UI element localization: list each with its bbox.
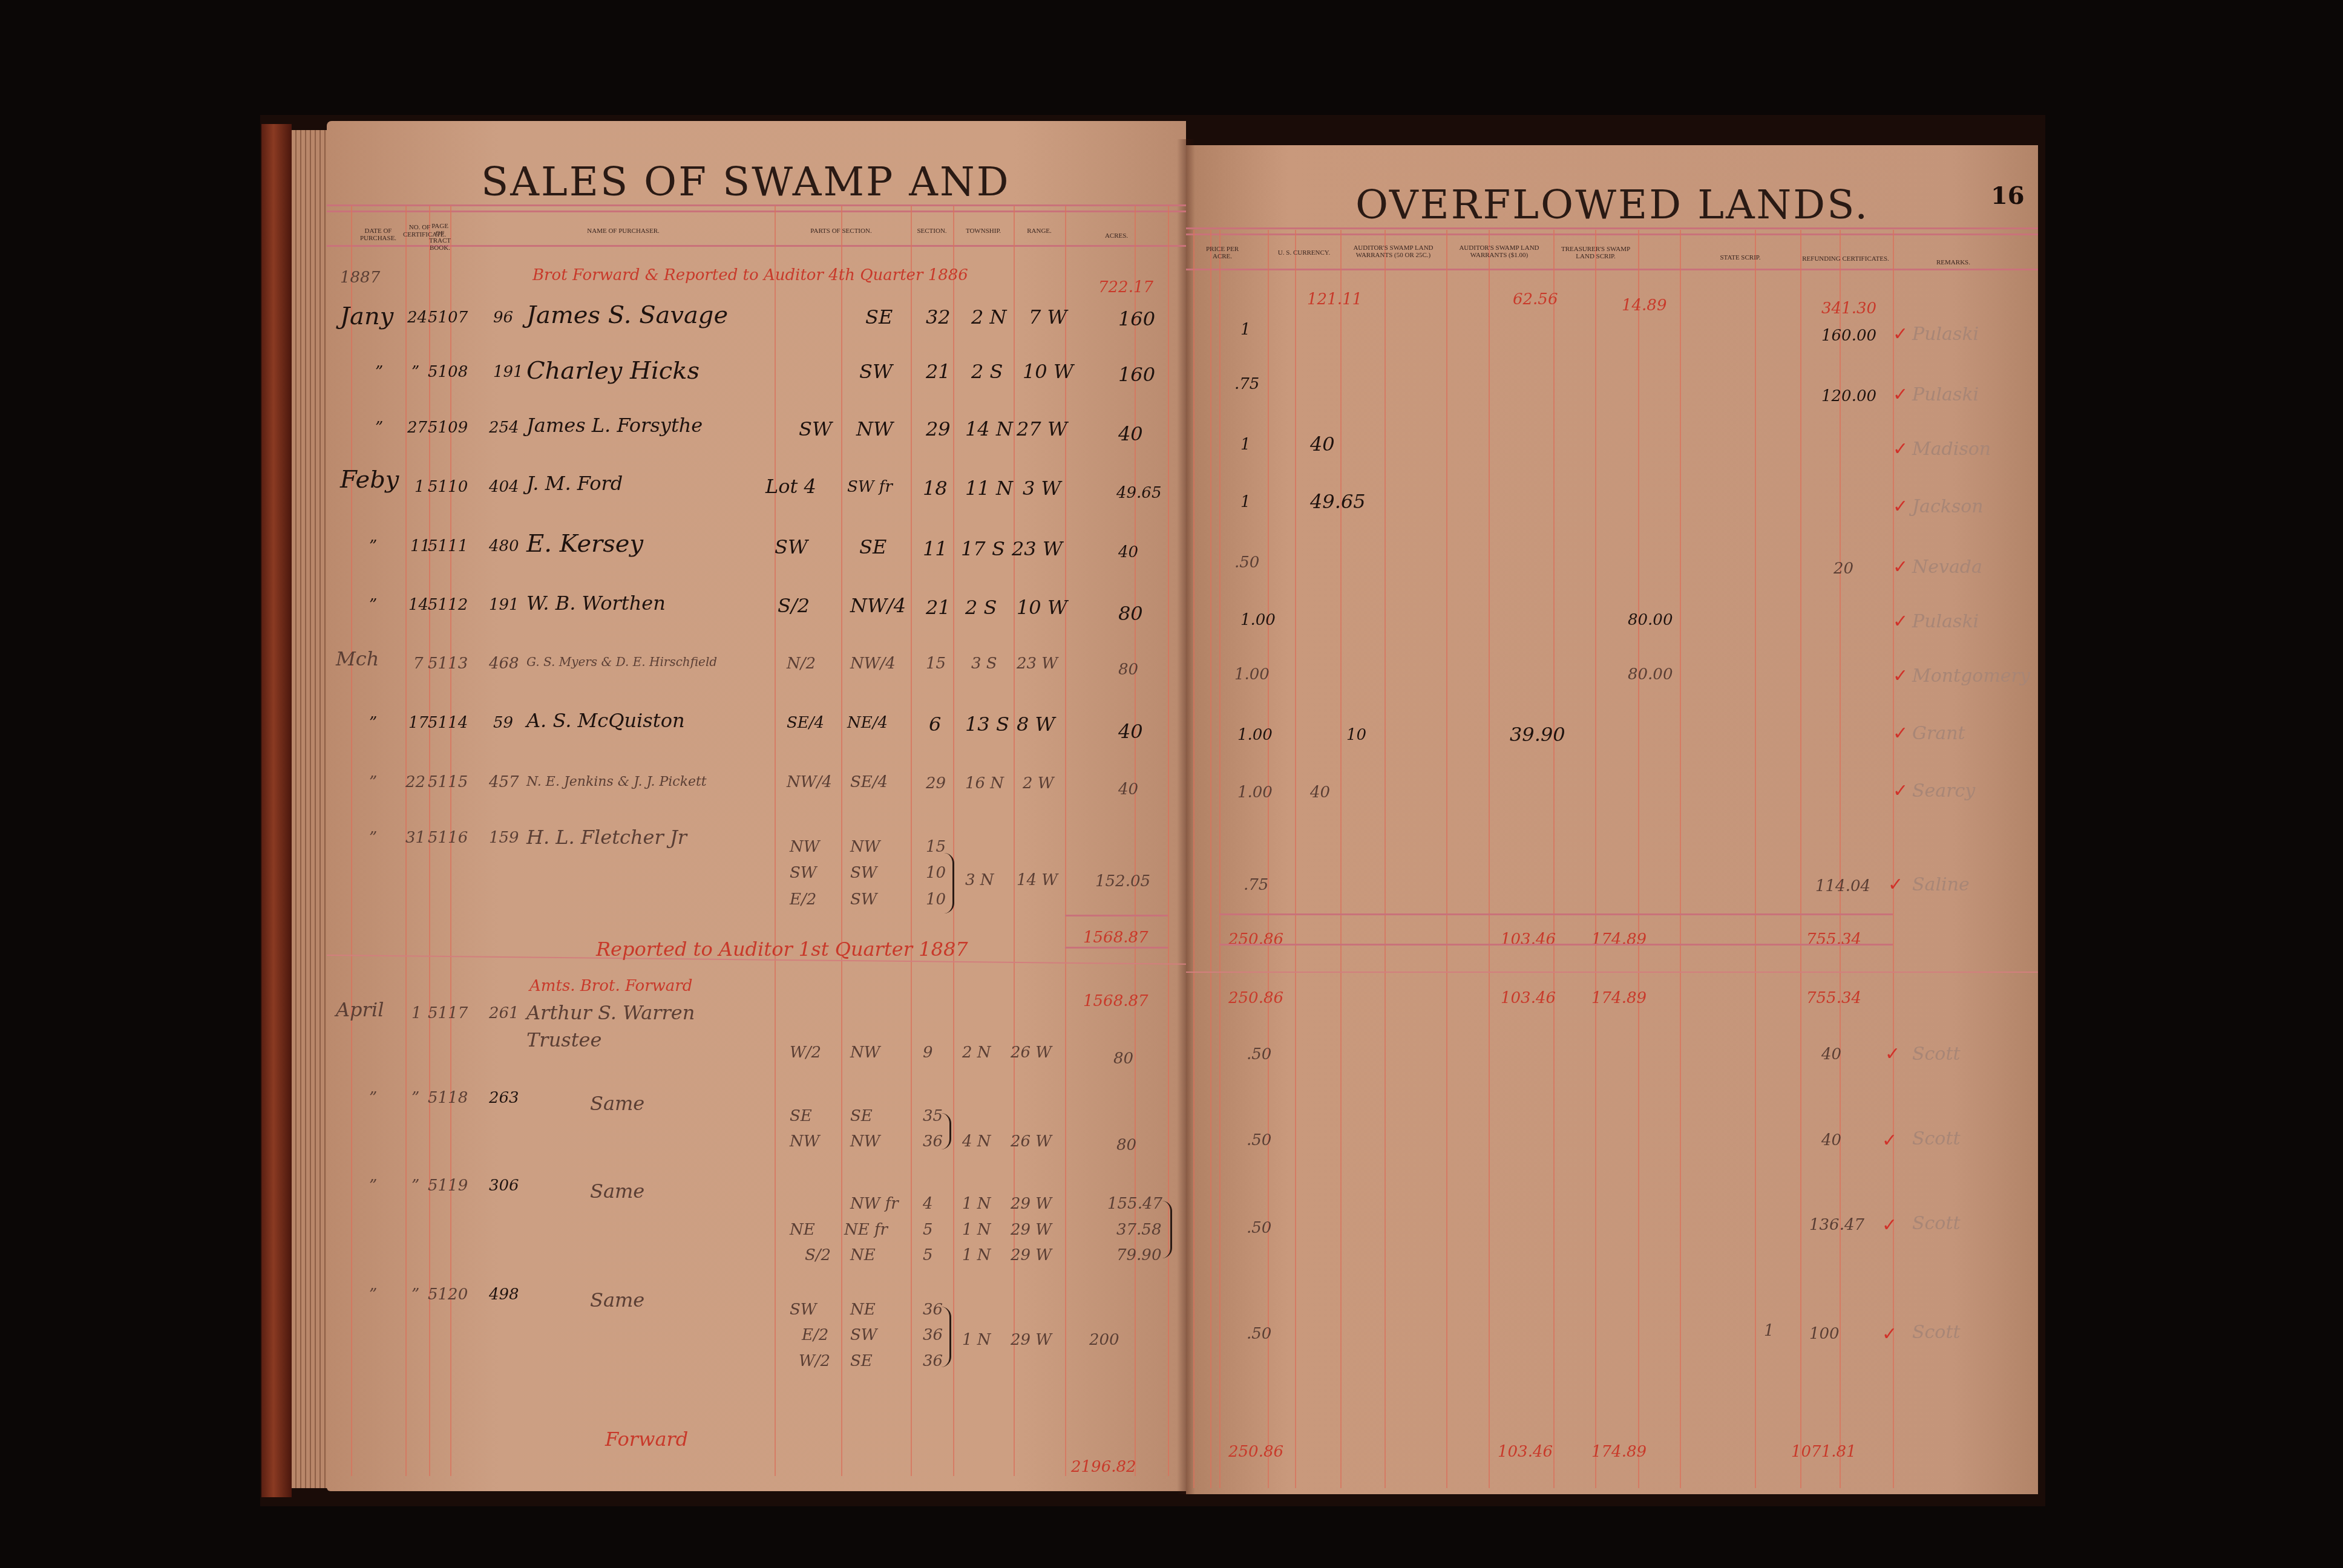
entry-purchaser: Same xyxy=(590,1092,644,1115)
entry-day: 7 xyxy=(413,655,424,673)
entry-remark: Grant xyxy=(1912,723,1965,744)
entry-day: ” xyxy=(411,363,419,381)
entry-certificate: 5110 xyxy=(428,478,468,496)
col-line xyxy=(1489,230,1490,1488)
forward-warrants: 103.46 xyxy=(1498,1443,1553,1461)
entry-purchaser: James L. Forsythe xyxy=(526,414,703,437)
amounts-brought-forward-note: Amts. Brot. Forward xyxy=(529,977,692,995)
checkmark-icon: ✓ xyxy=(1893,324,1908,345)
tract-acres: 155.47 xyxy=(1107,1195,1162,1213)
entry-page: 498 xyxy=(489,1285,519,1304)
entry-range: 23 W xyxy=(1012,537,1063,560)
checkmark-icon: ✓ xyxy=(1893,723,1908,744)
tract-part: NE fr xyxy=(844,1221,888,1239)
brought-forward-note: Brot Forward & Reported to Auditor 4th Q… xyxy=(532,266,968,284)
entry-remark: Nevada xyxy=(1912,557,1982,578)
tract-section: 36 xyxy=(923,1132,943,1151)
entry-purchaser: A. S. McQuiston xyxy=(526,709,685,732)
entry-refunding: 40 xyxy=(1821,1131,1841,1149)
entry-remark: Searcy xyxy=(1912,780,1975,802)
tract-part: E/2 xyxy=(790,890,816,909)
tract-section: 36 xyxy=(923,1301,943,1319)
col-header-parts-of-section: PARTS OF SECTION. xyxy=(775,227,908,235)
entry-day: ” xyxy=(411,1089,419,1107)
entry-part: NE/4 xyxy=(847,714,888,732)
entry-range: 7 W xyxy=(1029,305,1067,328)
entry-part: SE/4 xyxy=(850,773,888,791)
col-line xyxy=(1268,230,1269,1488)
col-header-refunding-certificates: Refunding Certificates. xyxy=(1800,255,1891,263)
entry-price: .50 xyxy=(1247,1219,1271,1237)
entry-day: ” xyxy=(411,1177,419,1195)
subtotal-treasurer-scrip: 174.89 xyxy=(1591,930,1647,949)
col-line xyxy=(1193,230,1194,1488)
tract-part: SW xyxy=(790,864,817,882)
tract-part: NE xyxy=(850,1301,876,1319)
col-line xyxy=(1219,230,1221,1488)
carried-refunding: 755.34 xyxy=(1806,989,1861,1007)
entry-remark: Pulaski xyxy=(1912,324,1979,345)
tract-part: NW xyxy=(790,1132,819,1151)
header-top-rule xyxy=(327,204,1186,206)
carried-treasurer-scrip: 174.89 xyxy=(1591,989,1647,1007)
carried-acres: 1568.87 xyxy=(1083,992,1149,1010)
forward-acres: 2196.82 xyxy=(1071,1458,1136,1476)
entry-purchaser: H. L. Fletcher Jr xyxy=(526,826,687,849)
entry-price: 1.00 xyxy=(1237,783,1273,802)
entry-refunding: 114.04 xyxy=(1815,877,1870,895)
entry-part: SE/4 xyxy=(787,714,824,732)
entry-purchaser: G. S. Myers & D. E. Hirschfield xyxy=(526,655,717,669)
tract-section: 5 xyxy=(923,1221,933,1239)
entry-section: 9 xyxy=(923,1044,933,1062)
entry-page: 468 xyxy=(489,655,519,673)
checkmark-icon: ✓ xyxy=(1893,496,1908,517)
entry-certificate: 5109 xyxy=(428,419,468,437)
entry-acres: 152.05 xyxy=(1095,872,1150,890)
entry-township: 2 S xyxy=(971,360,1003,383)
page-stack xyxy=(292,130,328,1488)
entry-part: N/2 xyxy=(787,655,816,673)
entry-remark: Saline xyxy=(1912,874,1970,895)
subtotal-us-currency: 250.86 xyxy=(1228,930,1283,949)
tract-part: SW xyxy=(850,864,877,882)
subtotal-double-rule-right xyxy=(1219,944,1893,946)
tract-section: 35 xyxy=(923,1107,943,1125)
entry-remark: Madison xyxy=(1912,439,1991,460)
entry-page: 159 xyxy=(489,829,519,847)
tract-range: 29 W xyxy=(1011,1195,1052,1213)
col-line xyxy=(1680,230,1681,1488)
entry-month: April xyxy=(336,998,384,1021)
entry-price: .50 xyxy=(1234,554,1259,572)
entry-price: 1.00 xyxy=(1240,611,1276,629)
entry-range: 2 W xyxy=(1023,774,1054,792)
entry-price: 1 xyxy=(1240,493,1251,511)
header-top-rule-2 xyxy=(327,211,1186,212)
entry-month: ” xyxy=(369,596,377,614)
brace-bracket xyxy=(1162,1201,1172,1258)
entry-month: Mch xyxy=(336,647,379,670)
entry-range: 3 W xyxy=(1023,477,1061,500)
entry-acres: 40 xyxy=(1118,780,1138,799)
entry-acres: 160 xyxy=(1118,307,1155,330)
entry-page: 457 xyxy=(489,773,519,791)
entry-part: W/2 xyxy=(790,1044,821,1062)
entry-range: 26 W xyxy=(1011,1132,1052,1151)
brought-forward-us-currency: 121.11 xyxy=(1307,290,1362,309)
entry-page: 263 xyxy=(489,1089,519,1107)
entry-township: 17 S xyxy=(961,537,1005,560)
entry-purchaser: Same xyxy=(590,1289,644,1312)
tract-section: 36 xyxy=(923,1326,943,1344)
carried-us-currency: 250.86 xyxy=(1228,989,1283,1007)
entry-treasurer-scrip: 80.00 xyxy=(1628,665,1673,684)
page-gutter xyxy=(1177,139,1195,1494)
entry-acres: 160 xyxy=(1118,363,1155,386)
entry-page: 254 xyxy=(489,419,519,437)
entry-township: 2 S xyxy=(965,596,997,619)
col-header-tract-book-page: Page of Tract Book. xyxy=(428,223,452,252)
entry-refunding: 100 xyxy=(1809,1325,1840,1343)
col-line xyxy=(1755,230,1756,1488)
entry-page: 404 xyxy=(489,478,519,496)
entry-certificate: 5117 xyxy=(428,1004,468,1022)
entry-purchaser-title: Trustee xyxy=(526,1028,601,1051)
entry-part: SE xyxy=(865,305,893,328)
entry-month: ” xyxy=(369,1177,377,1195)
entry-purchaser: E. Kersey xyxy=(526,530,643,558)
forward-note: Forward xyxy=(605,1428,688,1451)
entry-day: 1 xyxy=(411,1004,422,1022)
brought-forward-refunding: 341.30 xyxy=(1821,299,1876,318)
checkmark-icon: ✓ xyxy=(1885,1044,1900,1065)
header-bottom-rule xyxy=(327,245,1186,247)
entry-certificate: 5119 xyxy=(428,1177,468,1195)
entry-month: ” xyxy=(369,773,377,791)
year-label: 1887 xyxy=(340,269,380,287)
entry-section: 11 xyxy=(923,537,948,560)
entry-township: 16 N xyxy=(965,774,1004,792)
entry-certificate: 5115 xyxy=(428,773,468,791)
tract-part: SW xyxy=(850,890,877,909)
checkmark-icon: ✓ xyxy=(1893,665,1908,687)
col-header-price-per-acre: Price Per Acre. xyxy=(1201,246,1244,260)
quarter-separator-right xyxy=(1186,972,2038,973)
entry-us-currency: 10 xyxy=(1346,726,1366,744)
entry-page: 59 xyxy=(493,714,513,732)
col-header-auditor-warrants-50: Auditor's Swamp Land Warrants (50 or 25c… xyxy=(1340,244,1446,259)
tract-township: 1 N xyxy=(962,1221,991,1239)
tract-part: NW xyxy=(850,1132,880,1151)
reported-note: Reported to Auditor 1st Quarter 1887 xyxy=(596,938,968,961)
entry-remark: Scott xyxy=(1912,1128,1961,1149)
entry-acres: 80 xyxy=(1118,602,1143,625)
entry-acres: 40 xyxy=(1118,720,1143,743)
entry-us-currency: 40 xyxy=(1310,783,1330,802)
tract-part: SE xyxy=(850,1107,873,1125)
entry-remark: Jackson xyxy=(1912,496,1984,517)
entry-price: .75 xyxy=(1234,375,1259,393)
entry-part: SE xyxy=(859,535,886,558)
entry-day: 22 xyxy=(405,773,425,791)
entry-month: ” xyxy=(375,419,383,437)
brought-forward-acres: 722.17 xyxy=(1098,278,1153,296)
col-line xyxy=(841,206,842,1476)
entry-day: 14 xyxy=(408,596,428,614)
col-line xyxy=(1135,206,1136,1476)
entry-section: 29 xyxy=(926,417,951,440)
entry-section: 15 xyxy=(926,655,946,673)
entry-township: 3 N xyxy=(965,871,994,889)
col-line xyxy=(1595,230,1596,1488)
entry-month: ” xyxy=(369,829,377,847)
entry-range: 29 W xyxy=(1011,1331,1052,1349)
entry-purchaser: Charley Hicks xyxy=(526,357,700,385)
book-spine-edge xyxy=(261,124,292,1497)
entry-township: 3 S xyxy=(971,655,997,673)
entry-day: ” xyxy=(411,1285,419,1304)
entry-price: 1 xyxy=(1240,436,1251,454)
entry-part: S/2 xyxy=(778,594,810,617)
entry-auditor-warrants: 39.90 xyxy=(1510,723,1565,746)
entry-purchaser: James S. Savage xyxy=(526,301,728,329)
tract-township: 1 N xyxy=(962,1195,991,1213)
forward-treasurer-scrip: 174.89 xyxy=(1591,1443,1647,1461)
tract-range: 29 W xyxy=(1011,1246,1052,1264)
entry-purchaser: W. B. Worthen xyxy=(526,592,666,615)
entry-page: 191 xyxy=(493,363,523,381)
entry-month: ” xyxy=(375,363,383,381)
col-header-auditor-warrants-100: Auditor's Swamp Land Warrants ($1.00) xyxy=(1446,244,1552,259)
entry-price: .50 xyxy=(1247,1325,1271,1343)
col-line xyxy=(911,206,912,1476)
entry-price: .50 xyxy=(1247,1045,1271,1063)
checkmark-icon: ✓ xyxy=(1888,874,1903,895)
entry-price: .50 xyxy=(1247,1131,1271,1149)
left-page-title: SALES OF SWAMP AND xyxy=(481,158,1011,205)
entry-price: 1 xyxy=(1240,321,1251,339)
brought-forward-warrants: 62.56 xyxy=(1513,290,1558,309)
checkmark-icon: ✓ xyxy=(1893,557,1908,578)
tract-part: NW fr xyxy=(850,1195,899,1213)
entry-refunding: 20 xyxy=(1833,560,1853,578)
entry-township: 2 N xyxy=(971,305,1007,328)
entry-part: NW/4 xyxy=(850,655,896,673)
entry-part: SW xyxy=(799,417,832,440)
tract-part: W/2 xyxy=(799,1352,830,1370)
entry-range: 26 W xyxy=(1011,1044,1052,1062)
carried-warrants: 103.46 xyxy=(1501,989,1556,1007)
tract-part: SW xyxy=(850,1326,877,1344)
header-top-rule-right-2 xyxy=(1186,234,2038,235)
entry-remark: Scott xyxy=(1912,1322,1961,1343)
col-line xyxy=(1446,230,1447,1488)
checkmark-icon: ✓ xyxy=(1893,384,1908,405)
col-header-township: Township. xyxy=(953,227,1014,235)
tract-part: NE xyxy=(850,1246,876,1264)
entry-township: 2 N xyxy=(962,1044,991,1062)
entry-page: 96 xyxy=(493,309,513,327)
entry-section: 32 xyxy=(926,305,951,328)
tract-section: 4 xyxy=(923,1195,933,1213)
col-line xyxy=(1210,230,1211,1488)
entry-township: 14 N xyxy=(965,417,1013,440)
entry-range: 14 W xyxy=(1017,871,1058,889)
entry-section: 29 xyxy=(926,774,946,792)
header-bottom-rule-right xyxy=(1186,269,2038,270)
entry-township: 13 S xyxy=(965,713,1009,736)
entry-part: SW xyxy=(859,360,893,383)
col-line xyxy=(351,206,352,1476)
entry-part: SW fr xyxy=(847,478,893,496)
entry-page: 191 xyxy=(489,596,519,614)
brought-forward-treasurer-scrip: 14.89 xyxy=(1622,296,1666,315)
entry-page: 306 xyxy=(489,1177,519,1195)
right-page xyxy=(1186,145,2038,1494)
col-line xyxy=(1168,206,1169,1476)
entry-section: 6 xyxy=(929,713,941,736)
entry-month: ” xyxy=(369,1285,377,1304)
entry-month: ” xyxy=(369,537,377,555)
tract-part: NE xyxy=(790,1221,815,1239)
entry-refunding: 136.47 xyxy=(1809,1216,1864,1234)
entry-acres: 40 xyxy=(1118,422,1143,445)
col-line xyxy=(1893,230,1894,1488)
col-line xyxy=(1340,230,1342,1488)
tract-part: NW xyxy=(790,838,819,856)
checkmark-icon: ✓ xyxy=(1893,439,1908,460)
entry-range: 10 W xyxy=(1023,360,1073,383)
entry-page: 261 xyxy=(489,1004,519,1022)
col-header-us-currency: U. S. Currency. xyxy=(1268,249,1340,256)
entry-section: 21 xyxy=(926,596,951,619)
entry-month: Jany xyxy=(340,302,393,330)
entry-acres: 80 xyxy=(1113,1050,1133,1068)
page-number: 16 xyxy=(1991,181,2025,210)
entry-day: 31 xyxy=(405,829,425,847)
col-line xyxy=(1014,206,1015,1476)
tract-section: 5 xyxy=(923,1246,933,1264)
tract-section: 15 xyxy=(926,838,946,856)
entry-part: NW/4 xyxy=(787,773,832,791)
entry-acres: 80 xyxy=(1118,661,1138,679)
col-header-acres: Acres. xyxy=(1065,232,1168,240)
entry-range: 23 W xyxy=(1017,655,1058,673)
entry-range: 10 W xyxy=(1017,596,1067,619)
tract-part: SE xyxy=(850,1352,873,1370)
entry-certificate: 5112 xyxy=(428,596,468,614)
entry-acres: 49.65 xyxy=(1116,484,1161,502)
col-header-state-scrip: STATE SCRIP. xyxy=(1680,254,1801,261)
entry-part: NW xyxy=(856,417,893,440)
checkmark-icon: ✓ xyxy=(1882,1324,1897,1345)
entry-month: ” xyxy=(369,714,377,732)
entry-day: 17 xyxy=(408,714,428,732)
entry-township: 1 N xyxy=(962,1331,991,1349)
entry-range: 27 W xyxy=(1017,417,1067,440)
entry-state-scrip: 1 xyxy=(1764,1322,1774,1340)
right-page-title: OVERFLOWED LANDS. xyxy=(1355,181,1869,228)
col-line xyxy=(1384,230,1386,1488)
entry-refunding: 120.00 xyxy=(1821,387,1876,405)
entry-certificate: 5114 xyxy=(428,714,468,732)
entry-part: SW xyxy=(775,535,808,558)
entry-price: 1.00 xyxy=(1237,726,1273,744)
tract-part: SW xyxy=(790,1301,817,1319)
entry-remark: Pulaski xyxy=(1912,384,1979,405)
subtotal-acres: 1568.87 xyxy=(1083,929,1149,947)
entry-part: NW/4 xyxy=(850,594,906,617)
tract-acres: 37.58 xyxy=(1116,1221,1161,1239)
tract-township: 1 N xyxy=(962,1246,991,1264)
col-header-purchaser: NAME OF PURCHASER. xyxy=(502,227,744,235)
tract-part: NW xyxy=(850,838,880,856)
entry-part: NW xyxy=(850,1044,880,1062)
entry-remark: Pulaski xyxy=(1912,611,1979,632)
col-line xyxy=(953,206,954,1476)
tract-section: 36 xyxy=(923,1352,943,1370)
brace-bracket xyxy=(944,853,954,913)
entry-purchaser: Same xyxy=(590,1180,644,1203)
entry-day: 24 xyxy=(407,309,427,327)
tract-section: 10 xyxy=(926,864,946,882)
entry-certificate: 5113 xyxy=(428,655,468,673)
entry-month: Feby xyxy=(340,466,399,494)
tract-range: 29 W xyxy=(1011,1221,1052,1239)
tract-part: SE xyxy=(790,1107,812,1125)
subtotal-double-rule xyxy=(1065,947,1168,949)
entry-section: 21 xyxy=(926,360,951,383)
entry-us-currency: 49.65 xyxy=(1310,490,1366,513)
entry-certificate: 5111 xyxy=(428,537,468,555)
entry-certificate: 5108 xyxy=(428,363,468,381)
col-header-section: Section. xyxy=(911,227,953,235)
col-header-remarks: REMARKS. xyxy=(1893,259,2014,266)
entry-price: 1.00 xyxy=(1234,665,1270,684)
tract-part: S/2 xyxy=(805,1246,831,1264)
col-line xyxy=(1553,230,1555,1488)
col-line xyxy=(1800,230,1801,1488)
entry-certificate: 5107 xyxy=(428,309,468,327)
entry-purchaser: N. E. Jenkins & J. J. Pickett xyxy=(526,774,707,789)
entry-page: 480 xyxy=(489,537,519,555)
col-line xyxy=(1295,230,1296,1488)
entry-refunding: 160.00 xyxy=(1821,327,1876,345)
entry-day: 27 xyxy=(407,419,427,437)
checkmark-icon: ✓ xyxy=(1882,1215,1897,1236)
brace-bracket xyxy=(941,1113,951,1149)
entry-purchaser: J. M. Ford xyxy=(526,472,623,495)
entry-refunding: 40 xyxy=(1821,1045,1841,1063)
col-line xyxy=(1638,230,1639,1488)
tract-part: E/2 xyxy=(802,1326,828,1344)
entry-township: 11 N xyxy=(965,477,1013,500)
subtotal-warrants: 103.46 xyxy=(1501,930,1556,949)
brace-bracket xyxy=(941,1307,951,1367)
checkmark-icon: ✓ xyxy=(1882,1130,1897,1151)
col-header-treasurer-scrip: Treasurer's Swamp Land Scrip. xyxy=(1553,246,1638,260)
subtotal-refunding: 755.34 xyxy=(1806,930,1861,949)
entry-range: 8 W xyxy=(1017,713,1055,736)
col-line xyxy=(1840,230,1841,1488)
entry-township: 4 N xyxy=(962,1132,991,1151)
entry-price: .75 xyxy=(1244,876,1268,894)
entry-certificate: 5118 xyxy=(428,1089,468,1107)
entry-us-currency: 40 xyxy=(1310,433,1335,456)
forward-refunding: 1071.81 xyxy=(1791,1443,1856,1461)
header-top-rule-right xyxy=(1186,227,2038,229)
